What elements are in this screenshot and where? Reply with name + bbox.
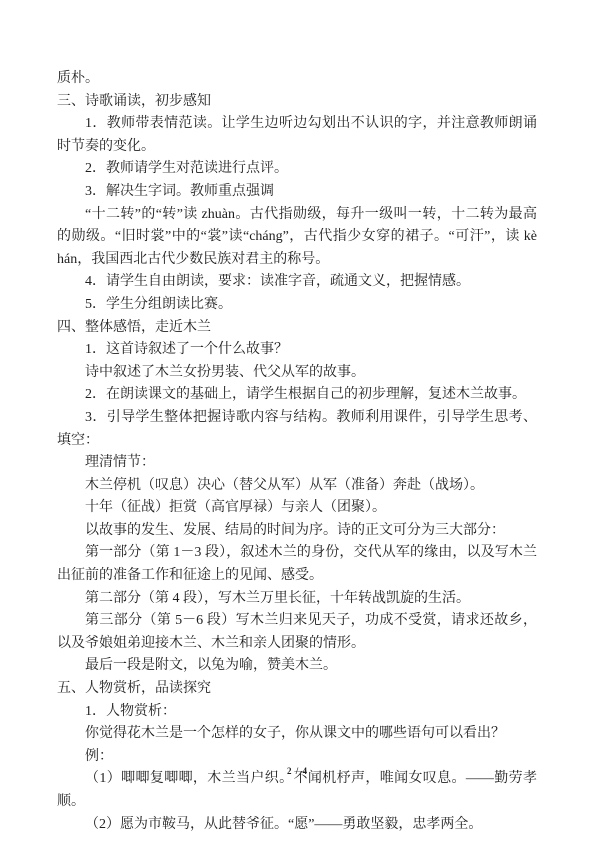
paragraph: 2．在朗读课文的基础上，请学生根据自己的初步理解，复述木兰故事。 bbox=[57, 384, 537, 407]
paragraph: 第一部分（第 1－3 段），叙述木兰的身份，交代从军的缘由，以及写木兰出征前的准… bbox=[57, 542, 537, 587]
paragraph: 3．引导学生整体把握诗歌内容与结构。教师利用课件，引导学生思考、填空： bbox=[57, 407, 537, 452]
paragraph: 1．教师带表情范读。让学生边听边勾划出不认识的字，并注意教师朗诵时节奏的变化。 bbox=[57, 113, 537, 158]
paragraph: 4．请学生自由朗读，要求：读准字音，疏通文义，把握情感。 bbox=[57, 271, 537, 294]
paragraph: 5．学生分组朗读比赛。 bbox=[57, 294, 537, 317]
paragraph: 十年（征战）拒赏（高官厚禄）与亲人（团聚）。 bbox=[57, 497, 537, 520]
paragraph: 质朴。 bbox=[57, 68, 537, 91]
section-heading: 四、整体感悟，走近木兰 bbox=[57, 317, 537, 340]
paragraph: 最后一段是附文，以兔为喻，赞美木兰。 bbox=[57, 655, 537, 678]
paragraph: 1．人物赏析： bbox=[57, 701, 537, 724]
paragraph: 你觉得花木兰是一个怎样的女子，你从课文中的哪些语句可以看出？ bbox=[57, 723, 537, 746]
section-heading: 三、诗歌诵读，初步感知 bbox=[57, 91, 537, 114]
paragraph: 1．这首诗叙述了一个什么故事？ bbox=[57, 339, 537, 362]
section-heading: 五、人物赏析，品读探究 bbox=[57, 678, 537, 701]
paragraph: 第二部分（第 4 段），写木兰万里长征，十年转战凯旋的生活。 bbox=[57, 588, 537, 611]
page-number: 2 / 4 bbox=[0, 766, 595, 776]
paragraph: 木兰停机（叹息）决心（替父从军）从军（准备）奔赴（战场）。 bbox=[57, 475, 537, 498]
document-page: 质朴。三、诗歌诵读，初步感知1．教师带表情范读。让学生边听边勾划出不认识的字，并… bbox=[0, 0, 595, 842]
paragraph: 3．解决生字词。教师重点强调 bbox=[57, 181, 537, 204]
paragraph: “十二转”的“转”读 zhuàn。古代指勋级，每升一级叫一转，十二转为最高的勋级… bbox=[57, 204, 537, 272]
document-body: 质朴。三、诗歌诵读，初步感知1．教师带表情范读。让学生边听边勾划出不认识的字，并… bbox=[57, 68, 537, 836]
paragraph: 理清情节： bbox=[57, 452, 537, 475]
paragraph: （2）愿为市鞍马，从此替爷征。“愿”——勇敢坚毅，忠孝两全。 bbox=[57, 814, 537, 837]
paragraph: 2．教师请学生对范读进行点评。 bbox=[57, 158, 537, 181]
paragraph: 以故事的发生、发展、结局的时间为序。诗的正文可分为三大部分： bbox=[57, 520, 537, 543]
paragraph: 诗中叙述了木兰女扮男装、代父从军的故事。 bbox=[57, 362, 537, 385]
paragraph: 第三部分（第 5－6 段）写木兰归来见天子，功成不受赏，请求还故乡，以及爷娘姐弟… bbox=[57, 610, 537, 655]
